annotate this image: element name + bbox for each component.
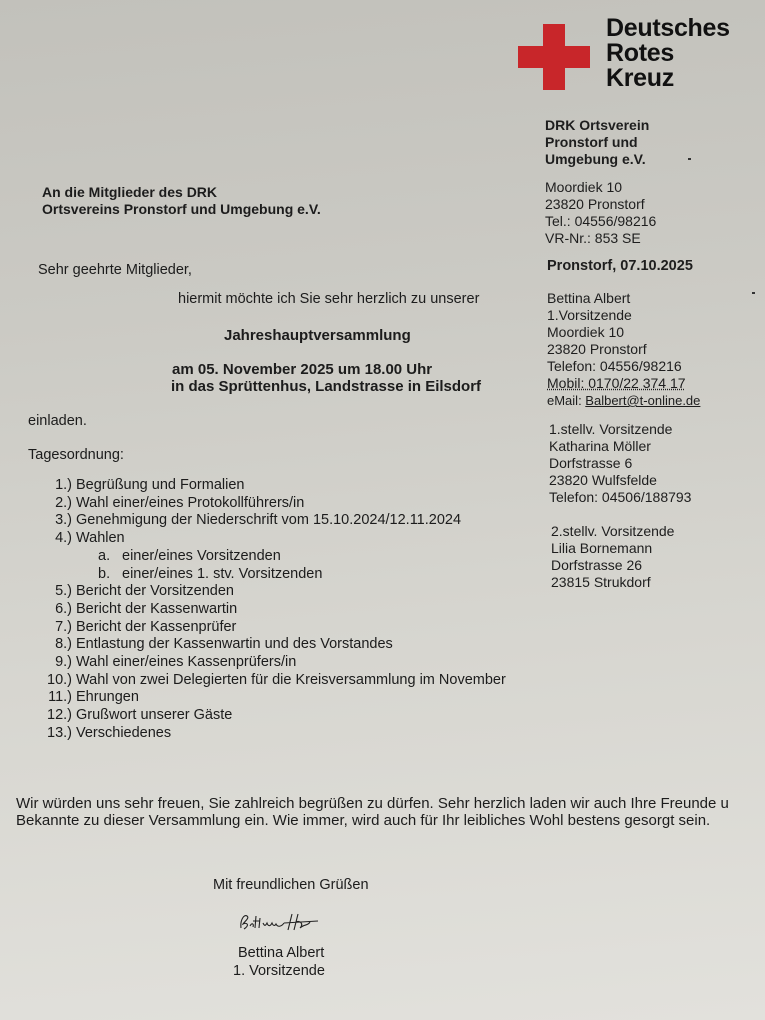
agenda-item: 12.)Grußwort unserer Gäste bbox=[50, 707, 506, 725]
agenda-item-number: 13.) bbox=[40, 725, 76, 743]
vice1-city: 23820 Wulfsfelde bbox=[549, 472, 691, 489]
agenda-item: 1.)Begrüßung und Formalien bbox=[50, 477, 506, 495]
agenda-item-number: 10.) bbox=[40, 672, 76, 690]
agenda-item: 10.)Wahl von zwei Delegierten für die Kr… bbox=[50, 672, 506, 690]
event-venue: in das Sprüttenhus, Landstrasse in Eilsd… bbox=[171, 378, 481, 395]
agenda-item: 3.)Genehmigung der Niederschrift vom 15.… bbox=[50, 512, 506, 530]
chair-phone: Telefon: 04556/98216 bbox=[547, 358, 700, 375]
agenda-item-text: Ehrungen bbox=[76, 689, 139, 707]
greeting: Mit freundlichen Grüßen bbox=[213, 877, 369, 893]
agenda-item: 6.)Bericht der Kassenwartin bbox=[50, 601, 506, 619]
agenda-subitem-text: einer/eines Vorsitzenden bbox=[122, 548, 281, 566]
vice1-role: 1.stellv. Vorsitzende bbox=[549, 421, 691, 438]
recipient-line: Ortsvereins Pronstorf und Umgebung e.V. bbox=[42, 201, 321, 218]
sender-org-line: DRK Ortsverein bbox=[545, 117, 649, 134]
invite-text: einladen. bbox=[28, 413, 87, 430]
chair-mobile: Mobil: 0170/22 374 17 bbox=[547, 375, 700, 392]
speck bbox=[688, 158, 691, 160]
vice2-name: Lilia Bornemann bbox=[551, 540, 674, 557]
logo-line: Rotes bbox=[606, 41, 730, 66]
agenda-item: 5.)Bericht der Vorsitzenden bbox=[50, 583, 506, 601]
sender-address-line: Tel.: 04556/98216 bbox=[545, 213, 656, 230]
agenda-item-number: 4.) bbox=[50, 530, 76, 548]
agenda-item: 2.)Wahl einer/eines Protokollführers/in bbox=[50, 495, 506, 513]
agenda-item: 11.)Ehrungen bbox=[50, 689, 506, 707]
recipient-line: An die Mitglieder des DRK bbox=[42, 184, 321, 201]
agenda-item-number: 5.) bbox=[50, 583, 76, 601]
agenda-item-text: Wahl einer/eines Protokollführers/in bbox=[76, 495, 304, 513]
sender-org-line: Umgebung e.V. bbox=[545, 151, 649, 168]
agenda-item-text: Bericht der Kassenwartin bbox=[76, 601, 237, 619]
agenda-item-text: Bericht der Kassenprüfer bbox=[76, 619, 236, 637]
agenda-item-text: Wahl einer/eines Kassenprüfers/in bbox=[76, 654, 296, 672]
recipient-address: An die Mitglieder des DRK Ortsvereins Pr… bbox=[42, 184, 321, 218]
chair-contact: Bettina Albert 1.Vorsitzende Moordiek 10… bbox=[547, 290, 700, 409]
agenda-item: 9.)Wahl einer/eines Kassenprüfers/in bbox=[50, 654, 506, 672]
logo-line: Deutsches bbox=[606, 16, 730, 41]
chair-email-row: eMail: Balbert@t-online.de bbox=[547, 392, 700, 409]
agenda-item-text: Wahlen bbox=[76, 530, 125, 548]
sender-org-line: Pronstorf und bbox=[545, 134, 649, 151]
agenda-item-text: Begrüßung und Formalien bbox=[76, 477, 244, 495]
agenda-item-number: 11.) bbox=[40, 689, 76, 707]
agenda-item: 4.)Wahlen bbox=[50, 530, 506, 548]
agenda-item-text: Wahl von zwei Delegierten für die Kreisv… bbox=[76, 672, 506, 690]
agenda-item-number: 9.) bbox=[50, 654, 76, 672]
sender-org: DRK Ortsverein Pronstorf und Umgebung e.… bbox=[545, 117, 649, 168]
agenda-subitem: a.einer/eines Vorsitzenden bbox=[50, 548, 506, 566]
logo-line: Kreuz bbox=[606, 66, 730, 91]
closing-line: Wir würden uns sehr freuen, Sie zahlreic… bbox=[16, 795, 729, 812]
closing-line: Bekannte zu dieser Versammlung ein. Wie … bbox=[16, 812, 729, 829]
agenda-item-text: Bericht der Vorsitzenden bbox=[76, 583, 234, 601]
agenda-subitem: b.einer/eines 1. stv. Vorsitzenden bbox=[50, 566, 506, 584]
closing-paragraph: Wir würden uns sehr freuen, Sie zahlreic… bbox=[16, 795, 729, 829]
signer-name: Bettina Albert bbox=[238, 945, 324, 962]
agenda-item-number: 2.) bbox=[50, 495, 76, 513]
agenda-item-number: 3.) bbox=[50, 512, 76, 530]
agenda-item-text: Genehmigung der Niederschrift vom 15.10.… bbox=[76, 512, 461, 530]
chair-city: 23820 Pronstorf bbox=[547, 341, 700, 358]
place-date: Pronstorf, 07.10.2025 bbox=[547, 258, 693, 275]
vice1-phone: Telefon: 04506/188793 bbox=[549, 489, 691, 506]
handwritten-signature bbox=[238, 910, 323, 934]
agenda-list: 1.)Begrüßung und Formalien2.)Wahl einer/… bbox=[50, 477, 506, 743]
agenda-item: 7.)Bericht der Kassenprüfer bbox=[50, 619, 506, 637]
agenda-item-number: 8.) bbox=[50, 636, 76, 654]
vice1-name: Katharina Möller bbox=[549, 438, 691, 455]
speck bbox=[752, 292, 755, 294]
event-date: am 05. November 2025 um 18.00 Uhr bbox=[172, 361, 432, 378]
email-label: eMail: bbox=[547, 393, 585, 408]
agenda-item: 8.)Entlastung der Kassenwartin und des V… bbox=[50, 636, 506, 654]
agenda-item-text: Verschiedenes bbox=[76, 725, 171, 743]
agenda-subitem-letter: b. bbox=[98, 566, 122, 584]
logo-wordmark: Deutsches Rotes Kreuz bbox=[606, 16, 730, 91]
agenda-title: Tagesordnung: bbox=[28, 447, 124, 464]
agenda-item-number: 6.) bbox=[50, 601, 76, 619]
vice2-role: 2.stellv. Vorsitzende bbox=[551, 523, 674, 540]
intro-text: hiermit möchte ich Sie sehr herzlich zu … bbox=[178, 291, 479, 308]
chair-street: Moordiek 10 bbox=[547, 324, 700, 341]
chair-email-link[interactable]: Balbert@t-online.de bbox=[585, 393, 700, 408]
salutation: Sehr geehrte Mitglieder, bbox=[38, 262, 192, 279]
agenda-item-text: Entlastung der Kassenwartin und des Vors… bbox=[76, 636, 393, 654]
agenda-item: 13.)Verschiedenes bbox=[50, 725, 506, 743]
sender-address: Moordiek 10 23820 Pronstorf Tel.: 04556/… bbox=[545, 179, 656, 247]
chair-role: 1.Vorsitzende bbox=[547, 307, 700, 324]
agenda-subitem-text: einer/eines 1. stv. Vorsitzenden bbox=[122, 566, 322, 584]
sender-address-line: Moordiek 10 bbox=[545, 179, 656, 196]
event-title: Jahreshauptversammlung bbox=[224, 327, 411, 344]
agenda-item-text: Grußwort unserer Gäste bbox=[76, 707, 232, 725]
agenda-item-number: 1.) bbox=[50, 477, 76, 495]
sender-address-line: VR-Nr.: 853 SE bbox=[545, 230, 656, 247]
sender-address-line: 23820 Pronstorf bbox=[545, 196, 656, 213]
vice2-city: 23815 Strukdorf bbox=[551, 574, 674, 591]
vice1-street: Dorfstrasse 6 bbox=[549, 455, 691, 472]
agenda-item-number: 7.) bbox=[50, 619, 76, 637]
chair-name: Bettina Albert bbox=[547, 290, 700, 307]
vice2-street: Dorfstrasse 26 bbox=[551, 557, 674, 574]
signer-role: 1. Vorsitzende bbox=[233, 963, 325, 980]
agenda-item-number: 12.) bbox=[40, 707, 76, 725]
vice2-contact: 2.stellv. Vorsitzende Lilia Bornemann Do… bbox=[551, 523, 674, 591]
red-cross-icon bbox=[518, 24, 590, 90]
agenda-subitem-letter: a. bbox=[98, 548, 122, 566]
vice1-contact: 1.stellv. Vorsitzende Katharina Möller D… bbox=[549, 421, 691, 506]
